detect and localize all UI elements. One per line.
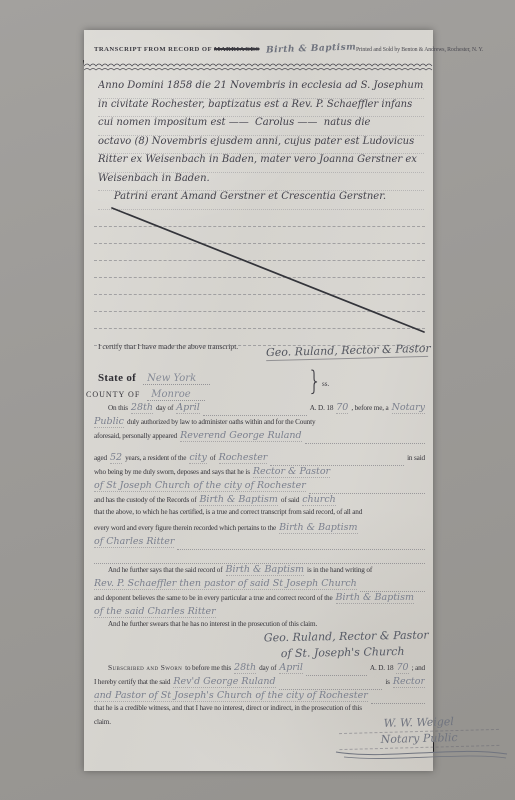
printed-text: ; and bbox=[412, 664, 425, 672]
handwritten-line: octavo (8) Novembris ejusdem anni, cujus… bbox=[98, 136, 424, 155]
form-line: Publicduly authorized by law to administ… bbox=[94, 416, 425, 430]
form-line: of the said Charles Ritter bbox=[94, 606, 425, 620]
form-line: of St Joseph Church of the city of Roche… bbox=[94, 480, 425, 494]
form-line: And he further says that the said record… bbox=[94, 564, 425, 578]
handwritten-fill-in: and Pastor of St Joseph's Church of the … bbox=[94, 690, 368, 702]
venue-brace: } bbox=[308, 366, 322, 397]
form-title-prefix: TRANSCRIPT FROM RECORD OF bbox=[94, 46, 212, 53]
form-header: TRANSCRIPT FROM RECORD OF MARRIAGES Birt… bbox=[94, 44, 427, 54]
handwritten-fill-in: Birth & Baptism bbox=[279, 522, 357, 534]
printed-text: And he further says that the said record… bbox=[108, 566, 223, 574]
handwritten-fill-in: of Charles Ritter bbox=[94, 536, 174, 548]
form-line: of Charles Ritter bbox=[94, 536, 425, 550]
form-line: and has the custody of the Records ofBir… bbox=[94, 494, 425, 508]
ss-label: ss. bbox=[322, 380, 329, 388]
handwritten-fill-in: Rochester bbox=[219, 452, 268, 464]
handwritten-line: Ritter ex Weisenbach in Baden, mater ver… bbox=[98, 154, 424, 173]
handwritten-line: cui nomen impositum est —— Carolus —— na… bbox=[98, 117, 424, 136]
handwritten-line: Weisenbach in Baden. bbox=[98, 173, 424, 192]
printed-text: and has the custody of the Records of bbox=[94, 496, 196, 504]
printed-text: A. D. 18 bbox=[370, 664, 394, 672]
handwritten-fill-in: April bbox=[279, 662, 303, 674]
printed-text: A. D. 18 bbox=[310, 404, 334, 412]
form-line: On this28thday ofAprilA. D. 1870, before… bbox=[94, 402, 425, 416]
handwritten-line: of St. Joseph's Church bbox=[264, 644, 421, 662]
scanned-document-page: { "doc": { "header": { "title_prefix": "… bbox=[0, 0, 515, 800]
venue-block: State of New York COUNTY OF Monroe bbox=[86, 368, 210, 402]
form-line: who being by me duly sworn, deposes and … bbox=[94, 466, 425, 480]
handwritten-fill-in: Birth & Baptism bbox=[226, 564, 304, 576]
printed-text: day of bbox=[259, 664, 276, 672]
form-line: aged52years, a resident of thecityofRoch… bbox=[94, 452, 425, 466]
rector-signature-bottom: Geo. Ruland, Rector & Pastorof St. Josep… bbox=[264, 629, 422, 663]
handwritten-fill-in: Birth & Baptism bbox=[336, 592, 414, 604]
form-line: and deponent believes the same to be in … bbox=[94, 592, 425, 606]
printed-text: aged bbox=[94, 454, 107, 462]
printed-text: that he is a credible witness, and that … bbox=[94, 704, 362, 712]
form-line: Subscribed and Swornto before me this28t… bbox=[94, 662, 425, 676]
certify-statement: I certify that I have made the above tra… bbox=[98, 342, 238, 351]
form-line: and Pastor of St Joseph's Church of the … bbox=[94, 690, 425, 704]
venue-county-line: COUNTY OF Monroe bbox=[86, 384, 210, 402]
handwritten-fill-in: Rector bbox=[393, 676, 425, 688]
printed-text: , before me, a bbox=[351, 404, 388, 412]
printed-text: to before me this bbox=[185, 664, 231, 672]
handwritten-fill-in: Reverend George Ruland bbox=[180, 430, 302, 442]
printed-text: duly authorized by law to administer oat… bbox=[127, 418, 315, 426]
handwritten-fill-in: 70 bbox=[396, 662, 408, 674]
printed-text: And he further swears that he has no int… bbox=[108, 620, 317, 628]
form-line: that the above, to which he has certifie… bbox=[94, 508, 425, 522]
blank-dotted-line bbox=[306, 672, 367, 676]
handwritten-fill-in: city bbox=[189, 452, 207, 464]
handwritten-fill-in: of St Joseph Church of the city of Roche… bbox=[94, 480, 306, 492]
printed-text: On this bbox=[108, 404, 128, 412]
form-line: aforesaid, personally appearedReverend G… bbox=[94, 430, 425, 444]
handwritten-fill-in: 70 bbox=[336, 402, 348, 414]
handwritten-line: in civitate Rochester, baptizatus est a … bbox=[98, 99, 424, 118]
form-title-handwritten-correction: Birth & Baptism bbox=[266, 42, 357, 55]
form-line: I hereby certify that the saidRev'd Geor… bbox=[94, 676, 425, 690]
form-title: TRANSCRIPT FROM RECORD OF MARRIAGES Birt… bbox=[94, 44, 356, 54]
decorative-wavy-rule bbox=[84, 62, 433, 72]
handwritten-fill-in: 52 bbox=[110, 452, 122, 464]
venue-state-line: State of New York bbox=[98, 368, 210, 384]
handwritten-line: Anno Domini 1858 die 21 Novembris in ecc… bbox=[98, 80, 424, 99]
printer-credit: Printed and Sold by Benton & Andrews, Ro… bbox=[356, 47, 483, 53]
blank-dotted-line bbox=[371, 700, 425, 704]
rector-signature-top: Geo. Ruland, Rector & Pastor bbox=[266, 342, 428, 361]
printed-text: every word and every figure therein reco… bbox=[94, 524, 276, 532]
affidavit-body-lines: aged52years, a resident of thecityofRoch… bbox=[94, 452, 425, 634]
affidavit-opening-lines: On this28thday ofAprilA. D. 1870, before… bbox=[94, 402, 425, 444]
printed-text: day of bbox=[156, 404, 173, 412]
printed-text: who being by me duly sworn, deposes and … bbox=[94, 468, 250, 476]
form-line: that he is a credible witness, and that … bbox=[94, 704, 425, 718]
printed-text: years, a resident of the bbox=[125, 454, 186, 462]
handwritten-fill-in: Notary bbox=[392, 402, 425, 414]
state-of-label: State of bbox=[98, 372, 136, 384]
printed-text: of bbox=[210, 454, 216, 462]
county-of-label: COUNTY OF bbox=[86, 390, 140, 399]
printed-text: I hereby certify that the said bbox=[94, 678, 170, 686]
handwritten-fill-in: 28th bbox=[234, 662, 256, 674]
printed-text: aforesaid, personally appeared bbox=[94, 432, 177, 440]
handwritten-fill-in: Rev. P. Schaeffler then pastor of said S… bbox=[94, 578, 357, 590]
handwritten-fill-in: Rev'd George Ruland bbox=[173, 676, 275, 688]
document-paper: TRANSCRIPT FROM RECORD OF MARRIAGES Birt… bbox=[84, 30, 433, 771]
handwritten-fill-in: April bbox=[176, 402, 200, 414]
form-title-struck-word: MARRIAGES bbox=[214, 46, 260, 53]
notary-signature: W. W. WeigelNotary Public bbox=[339, 714, 500, 750]
signature-flourish bbox=[334, 746, 509, 762]
printed-text: that the above, to which he has certifie… bbox=[94, 508, 362, 516]
printed-text: is in the hand writing of bbox=[307, 566, 372, 574]
printed-text: of said bbox=[281, 496, 299, 504]
diagonal-strike-line bbox=[94, 206, 425, 338]
handwritten-fill-in: 28th bbox=[131, 402, 153, 414]
printed-text: and deponent believes the same to be in … bbox=[94, 594, 333, 602]
form-line: Rev. P. Schaeffler then pastor of said S… bbox=[94, 578, 425, 592]
handwritten-fill-in: Public bbox=[94, 416, 124, 428]
handwritten-fill-in: of the said Charles Ritter bbox=[94, 606, 216, 618]
form-line bbox=[94, 550, 425, 564]
handwritten-fill-in: Birth & Baptism bbox=[199, 494, 277, 506]
handwritten-fill-in: Rector & Pastor bbox=[253, 466, 330, 478]
printed-text: in said bbox=[407, 454, 425, 462]
form-line: every word and every figure therein reco… bbox=[94, 522, 425, 536]
blank-dotted-line bbox=[305, 440, 425, 444]
baptism-entry-text: Anno Domini 1858 die 21 Novembris in ecc… bbox=[98, 80, 424, 210]
printed-text: Subscribed and Sworn bbox=[108, 663, 182, 672]
blank-dotted-line bbox=[203, 412, 307, 416]
printed-text: is bbox=[385, 678, 390, 686]
blank-dotted-line bbox=[177, 546, 425, 550]
handwritten-fill-in: church bbox=[302, 494, 336, 506]
printed-text: claim. bbox=[94, 718, 111, 726]
county-value-handwritten: Monroe bbox=[147, 389, 204, 401]
